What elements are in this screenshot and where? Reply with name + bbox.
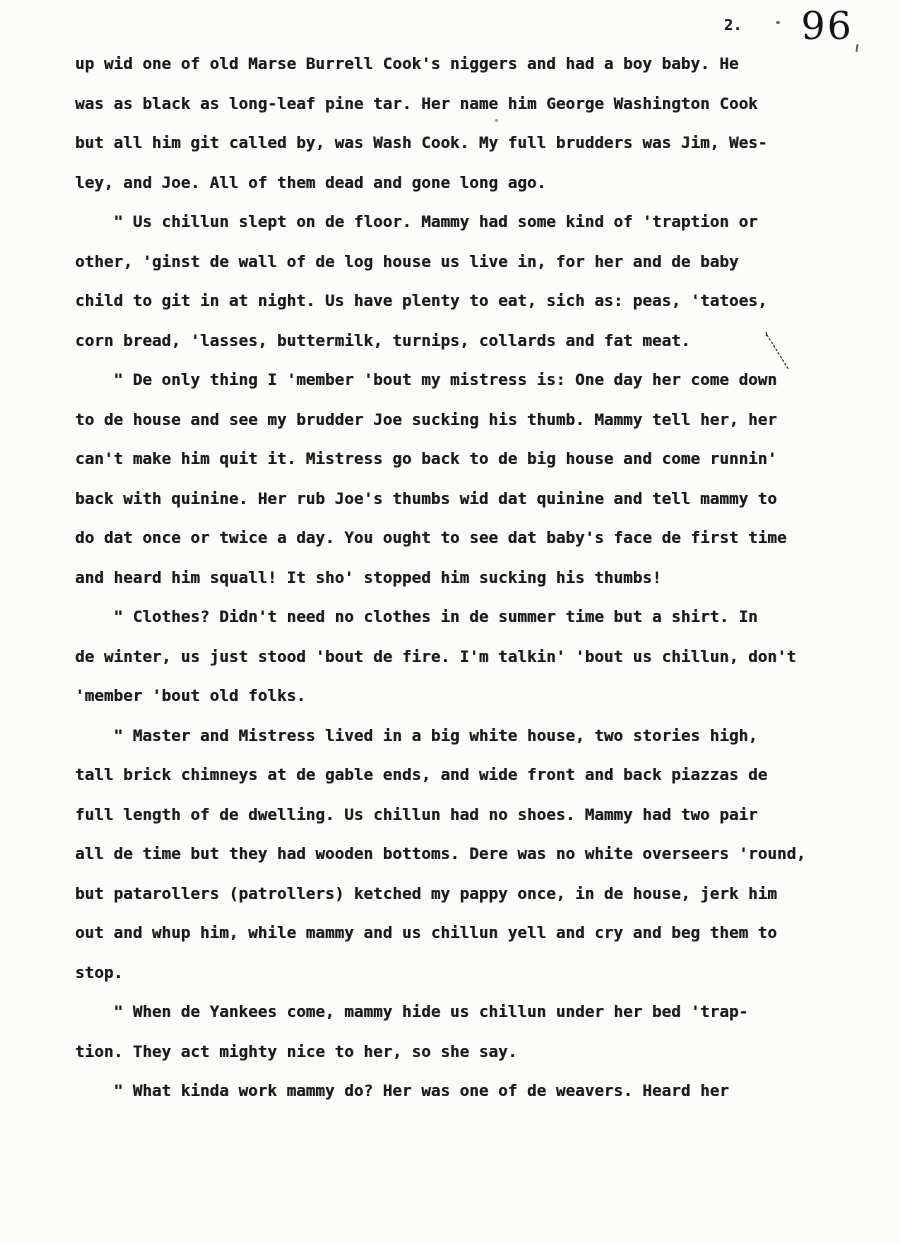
scanned-document-page: 2. 96 up wid one of old Marse Burrell Co…	[0, 0, 900, 1244]
text-line: all de time but they had wooden bottoms.…	[75, 834, 865, 874]
text-line: can't make him quit it. Mistress go back…	[75, 439, 865, 479]
text-line: but all him git called by, was Wash Cook…	[75, 123, 865, 163]
text-line: tall brick chimneys at de gable ends, an…	[75, 755, 865, 795]
text-line: to de house and see my brudder Joe sucki…	[75, 400, 865, 440]
text-line: tion. They act mighty nice to her, so sh…	[75, 1032, 865, 1072]
text-line: " What kinda work mammy do? Her was one …	[75, 1071, 865, 1111]
text-line: ley, and Joe. All of them dead and gone …	[75, 163, 865, 203]
text-line: do dat once or twice a day. You ought to…	[75, 518, 865, 558]
narrative-text: up wid one of old Marse Burrell Cook's n…	[75, 44, 865, 1111]
text-line: was as black as long-leaf pine tar. Her …	[75, 84, 865, 124]
text-line: " Master and Mistress lived in a big whi…	[75, 716, 865, 756]
text-line: other, 'ginst de wall of de log house us…	[75, 242, 865, 282]
stamped-page-number: 96	[801, 4, 853, 48]
text-line: but patarollers (patrollers) ketched my …	[75, 874, 865, 914]
typed-page-number: 2.	[724, 16, 742, 34]
text-line: child to git in at night. Us have plenty…	[75, 281, 865, 321]
text-line: " Clothes? Didn't need no clothes in de …	[75, 597, 865, 637]
text-line: back with quinine. Her rub Joe's thumbs …	[75, 479, 865, 519]
text-line: stop.	[75, 953, 865, 993]
text-line: corn bread, 'lasses, buttermilk, turnips…	[75, 321, 865, 361]
text-line: 'member 'bout old folks.	[75, 676, 865, 716]
text-line: full length of de dwelling. Us chillun h…	[75, 795, 865, 835]
text-line: out and whup him, while mammy and us chi…	[75, 913, 865, 953]
text-line: up wid one of old Marse Burrell Cook's n…	[75, 44, 865, 84]
text-line: de winter, us just stood 'bout de fire. …	[75, 637, 865, 677]
text-line: " When de Yankees come, mammy hide us ch…	[75, 992, 865, 1032]
text-line: " De only thing I 'member 'bout my mistr…	[75, 360, 865, 400]
ink-speck	[776, 21, 780, 24]
text-line: " Us chillun slept on de floor. Mammy ha…	[75, 202, 865, 242]
text-line: and heard him squall! It sho' stopped hi…	[75, 558, 865, 598]
